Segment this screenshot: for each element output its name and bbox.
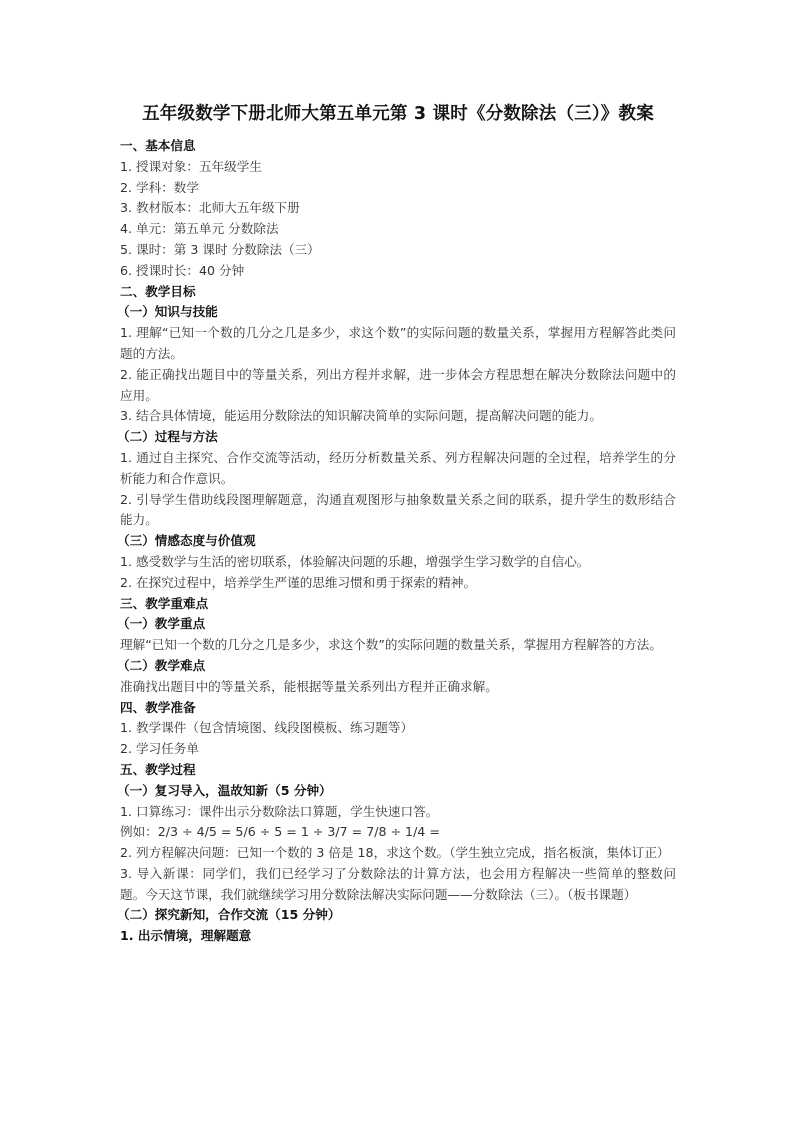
subsection-heading: （二）探究新知，合作交流（15 分钟）	[120, 905, 676, 926]
document-title: 五年级数学下册北师大第五单元第 3 课时《分数除法（三）》教案	[100, 100, 696, 128]
paragraph: 1. 口算练习：课件出示分数除法口算题，学生快速口答。	[120, 802, 676, 823]
paragraph: 1. 感受数学与生活的密切联系，体验解决问题的乐趣，增强学生学习数学的自信心。	[120, 552, 676, 573]
paragraph: 2. 学习任务单	[120, 739, 676, 760]
section-heading: 一、基本信息	[120, 136, 676, 157]
paragraph: 2. 学科：数学	[120, 178, 676, 199]
paragraph: 4. 单元：第五单元 分数除法	[120, 219, 676, 240]
subsection-heading: （一）复习导入，温故知新（5 分钟）	[120, 781, 676, 802]
subsection-heading: （一）教学重点	[120, 614, 676, 635]
paragraph: 例如：2/3 ÷ 4/5 = 5/6 ÷ 5 = 1 ÷ 3/7 = 7/8 ÷…	[120, 822, 676, 843]
paragraph: 2. 在探究过程中，培养学生严谨的思维习惯和勇于探索的精神。	[120, 573, 676, 594]
subsection-heading: （二）教学难点	[120, 656, 676, 677]
document-page: 五年级数学下册北师大第五单元第 3 课时《分数除法（三）》教案 一、基本信息 1…	[120, 100, 676, 947]
paragraph: 1. 理解“已知一个数的几分之几是多少，求这个数”的实际问题的数量关系，掌握用方…	[120, 323, 676, 365]
subsection-heading: （二）过程与方法	[120, 427, 676, 448]
paragraph: 5. 课时：第 3 课时 分数除法（三）	[120, 240, 676, 261]
paragraph: 1. 通过自主探究、合作交流等活动，经历分析数量关系、列方程解决问题的全过程，培…	[120, 448, 676, 490]
paragraph: 2. 引导学生借助线段图理解题意，沟通直观图形与抽象数量关系之间的联系，提升学生…	[120, 490, 676, 532]
paragraph: 理解“已知一个数的几分之几是多少，求这个数”的实际问题的数量关系，掌握用方程解答…	[120, 635, 676, 656]
paragraph: 2. 能正确找出题目中的等量关系，列出方程并求解，进一步体会方程思想在解决分数除…	[120, 365, 676, 407]
paragraph: 3. 导入新课：同学们，我们已经学习了分数除法的计算方法，也会用方程解决一些简单…	[120, 864, 676, 906]
paragraph: 1. 授课对象：五年级学生	[120, 157, 676, 178]
paragraph: 3. 结合具体情境，能运用分数除法的知识解决简单的实际问题，提高解决问题的能力。	[120, 406, 676, 427]
section-heading: 二、教学目标	[120, 282, 676, 303]
paragraph: 2. 列方程解决问题：已知一个数的 3 倍是 18，求这个数。（学生独立完成，指…	[120, 843, 676, 864]
section-heading: 五、教学过程	[120, 760, 676, 781]
section-heading: 三、教学重难点	[120, 594, 676, 615]
document-body: 一、基本信息 1. 授课对象：五年级学生 2. 学科：数学 3. 教材版本：北师…	[120, 136, 676, 947]
subsection-heading: （三）情感态度与价值观	[120, 531, 676, 552]
subsection-heading: （一）知识与技能	[120, 302, 676, 323]
paragraph: 准确找出题目中的等量关系，能根据等量关系列出方程并正确求解。	[120, 677, 676, 698]
paragraph: 3. 教材版本：北师大五年级下册	[120, 198, 676, 219]
paragraph: 6. 授课时长：40 分钟	[120, 261, 676, 282]
paragraph: 1. 教学课件（包含情境图、线段图模板、练习题等）	[120, 718, 676, 739]
section-heading: 四、教学准备	[120, 698, 676, 719]
step-heading: 1. 出示情境，理解题意	[120, 926, 676, 947]
